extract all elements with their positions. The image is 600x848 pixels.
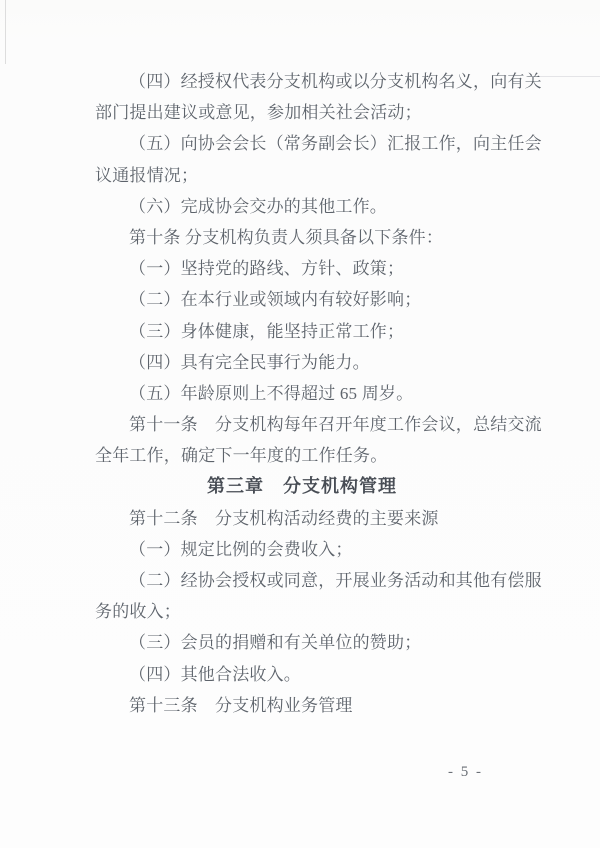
scan-edge-artifact [5,0,6,64]
chapter-heading: 第三章 分支机构管理 [95,471,509,502]
body-line: 议通报情况； [95,160,509,191]
body-line: （一）规定比例的会费收入； [95,534,509,565]
body-line: （三）会员的捐赠和有关单位的赞助； [95,627,509,658]
article-13-line: 第十三条 分支机构业务管理 [95,690,509,721]
scanned-document-page: （四）经授权代表分支机构或以分支机构名义，向有关 部门提出建议或意见，参加相关社… [0,0,600,848]
page-number: - 5 - [448,764,483,781]
body-line: （一）坚持党的路线、方针、政策； [95,253,509,284]
body-line: （三）身体健康，能坚持正常工作； [95,316,509,347]
article-12-line: 第十二条 分支机构活动经费的主要来源 [95,503,509,534]
body-line: （五）年龄原则上不得超过 65 周岁。 [95,378,509,409]
body-line: （二）经协会授权或同意，开展业务活动和其他有偿服 [95,565,509,596]
body-line: （五）向协会会长（常务副会长）汇报工作，向主任会 [95,128,509,159]
body-line: 务的收入； [95,596,509,627]
article-11-line: 第十一条 分支机构每年召开年度工作会议，总结交流 [95,409,509,440]
body-line: 全年工作，确定下一年度的工作任务。 [95,440,509,471]
body-line: （六）完成协会交办的其他工作。 [95,191,509,222]
body-line: （二）在本行业或领域内有较好影响； [95,284,509,315]
body-line: （四）经授权代表分支机构或以分支机构名义，向有关 [95,66,509,97]
article-10-line: 第十条 分支机构负责人须具备以下条件： [95,222,509,253]
body-line: 部门提出建议或意见，参加相关社会活动； [95,97,509,128]
body-line: （四）具有完全民事行为能力。 [95,347,509,378]
document-body: （四）经授权代表分支机构或以分支机构名义，向有关 部门提出建议或意见，参加相关社… [95,66,509,721]
body-line: （四）其他合法收入。 [95,659,509,690]
